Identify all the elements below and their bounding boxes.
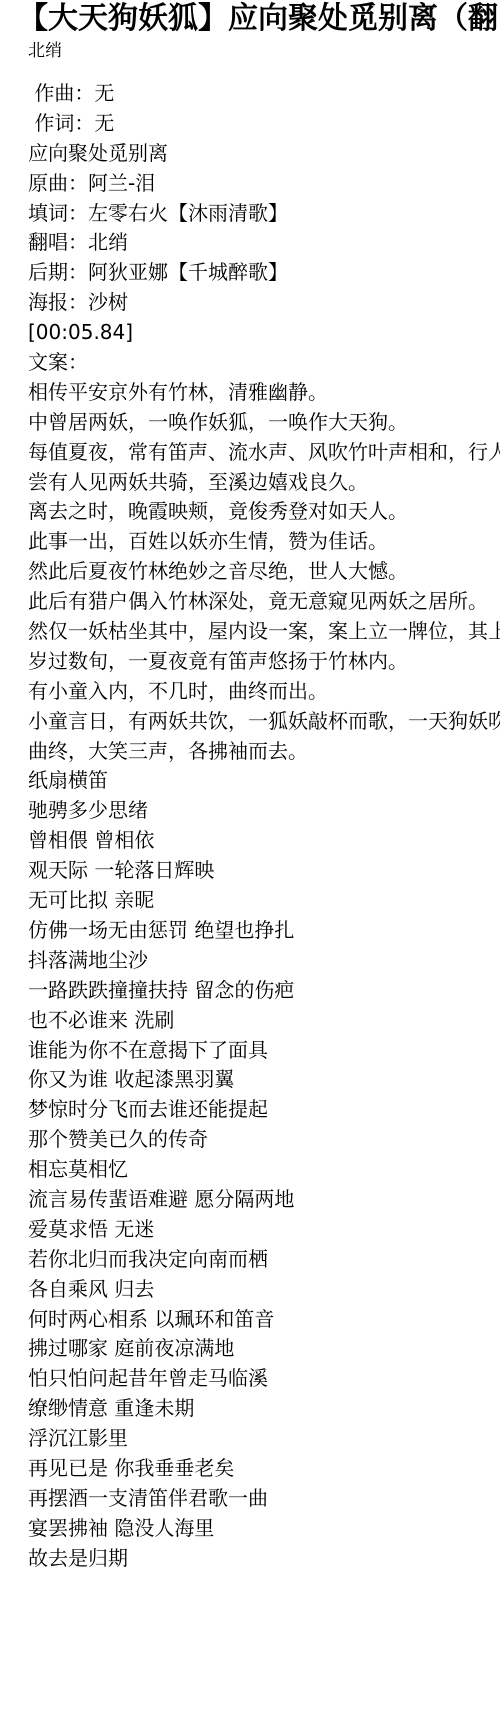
lyric-line: 怕只怕问起昔年曾走马临溪 [28,1364,500,1394]
lyric-line: 然仅一妖枯坐其中，屋内设一案，案上立一牌位，其上 [28,617,500,647]
lyric-line: 缭缈情意 重逢未期 [28,1394,500,1424]
lyric-line: 作词：无 [28,109,500,139]
lyric-line: 各自乘风 归去 [28,1275,500,1305]
lyric-line: 也不必谁来 洗刷 [28,1006,500,1036]
lyric-line: 故去是归期 [28,1544,500,1574]
lyric-line: 相传平安京外有竹林，清雅幽静。 [28,378,500,408]
lyric-line: 爱莫求悟 无迷 [28,1215,500,1245]
lyric-line: 曲终，大笑三声，各拂袖而去。 [28,737,500,767]
lyric-line: 中曾居两妖，一唤作妖狐，一唤作大天狗。 [28,408,500,438]
lyric-line: [00:05.84] [28,318,500,348]
lyric-line: 再摆酒一支清笛伴君歌一曲 [28,1484,500,1514]
lyric-line: 离去之时，晚霞映颊，竟俊秀登对如天人。 [28,497,500,527]
lyric-line: 尝有人见两妖共骑，至溪边嬉戏良久。 [28,468,500,498]
lyric-line: 原曲：阿兰-泪 [28,169,500,199]
lyric-line: 驰骋多少思绪 [28,796,500,826]
lyric-line: 再见已是 你我垂垂老矣 [28,1454,500,1484]
lyric-line: 小童言日，有两妖共饮，一狐妖敲杯而歌，一天狗妖吹 [28,707,500,737]
lyric-line: 若你北归而我决定向南而栖 [28,1245,500,1275]
lyric-line: 有小童入内，不几时，曲终而出。 [28,677,500,707]
lyric-line: 每值夏夜，常有笛声、流水声、风吹竹叶声相和，行人 [28,438,500,468]
lyric-line: 应向聚处觅别离 [28,139,500,169]
lyric-line: 填词：左零右火【沐雨清歌】 [28,199,500,229]
lyric-line: 然此后夏夜竹林绝妙之音尽绝，世人大憾。 [28,557,500,587]
lyric-line: 仿佛一场无由惩罚 绝望也挣扎 [28,916,500,946]
lyric-line: 宴罢拂袖 隐没人海里 [28,1514,500,1544]
lyric-line: 作曲：无 [28,79,500,109]
lyrics-text: 作曲：无 作词：无应向聚处觅别离原曲：阿兰-泪填词：左零右火【沐雨清歌】翻唱：北… [28,79,500,1574]
lyric-line: 翻唱：北绡 [28,228,500,258]
lyric-line: 一路跌跌撞撞扶持 留念的伤疤 [28,976,500,1006]
lyric-line: 梦惊时分飞而去谁还能提起 [28,1095,500,1125]
lyric-line: 那个赞美已久的传奇 [28,1125,500,1155]
lyric-line: 相忘莫相忆 [28,1155,500,1185]
lyric-line: 曾相偎 曾相依 [28,826,500,856]
lyric-line: 浮沉江影里 [28,1424,500,1454]
lyric-line: 观天际 一轮落日辉映 [28,856,500,886]
lyric-line: 何时两心相系 以珮环和笛音 [28,1305,500,1335]
lyric-line: 文案： [28,348,500,378]
lyric-line: 流言易传蜚语难避 愿分隔两地 [28,1185,500,1215]
lyric-line: 此后有猎户偶入竹林深处，竟无意窥见两妖之居所。 [28,587,500,617]
lyric-line: 抖落满地尘沙 [28,946,500,976]
lyric-line: 拂过哪家 庭前夜凉满地 [28,1334,500,1364]
lyric-line: 无可比拟 亲昵 [28,886,500,916]
lyric-line: 谁能为你不在意揭下了面具 [28,1036,500,1066]
artist-name: 北绡 [28,41,62,62]
lyric-line: 你又为谁 收起漆黑羽翼 [28,1065,500,1095]
lyric-line: 海报：沙树 [28,288,500,318]
lyric-line: 后期：阿狄亚娜【千城醉歌】 [28,258,500,288]
lyric-line: 岁过数旬，一夏夜竟有笛声悠扬于竹林内。 [28,647,500,677]
lyrics-page: 【大天狗妖狐】应向聚处觅别离（翻 北绡 作曲：无 作词：无应向聚处觅别离原曲：阿… [0,0,500,1720]
song-title: 【大天狗妖狐】应向聚处觅别离（翻 [18,0,498,41]
lyric-line: 纸扇横笛 [28,766,500,796]
lyric-line: 此事一出，百姓以妖亦生情，赞为佳话。 [28,527,500,557]
